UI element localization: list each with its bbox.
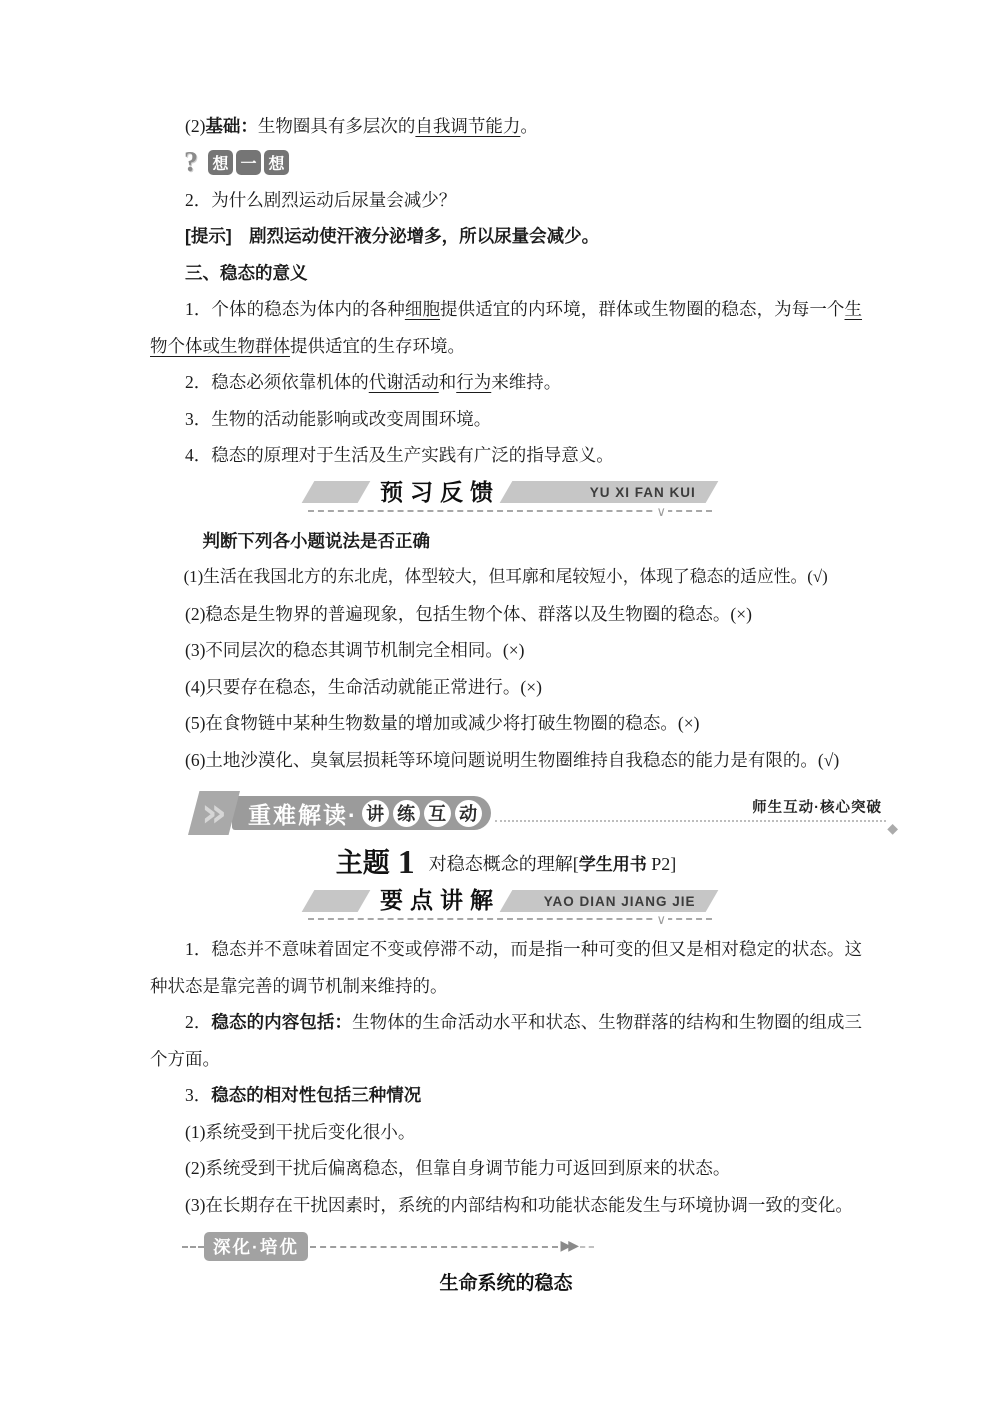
banner-title: 要点讲解: [364, 887, 506, 914]
topic-title: 对稳态概念的理解[: [429, 854, 579, 874]
banner-dashed-line: ∨: [308, 918, 712, 928]
judge-item: (1)生活在我国北方的东北虎，体型较大，但耳廓和尾较短小，体现了稳态的适应性。(…: [150, 559, 862, 596]
basis-underlined: 自我调节能力: [415, 116, 520, 136]
underlined-term: 细胞: [405, 299, 440, 319]
basis-label: 基础：: [205, 116, 258, 136]
banner-circle-char: 练: [393, 800, 420, 827]
think-box-icon: 想: [208, 150, 233, 175]
preview-feedback-banner: 预习反馈 YU XI FAN KUI ∨: [308, 479, 712, 520]
deepen-badge-row: 深化·培优 ▶▶: [182, 1232, 594, 1261]
banner-dashed-line: ∨: [308, 510, 712, 520]
topic-label: 主题: [336, 848, 390, 878]
topic-number: 1: [398, 844, 415, 881]
hint-line: [提示]剧烈运动使汗液分泌增多，所以尿量会减少。: [150, 218, 862, 255]
judge-item: (2)稳态是生物界的普遍现象，包括生物个体、群落以及生物圈的稳态。(×): [150, 596, 862, 633]
text-segment: 3．: [185, 1085, 211, 1105]
banner-title: 预习反馈: [364, 479, 506, 506]
basis-line: (2)基础：生物圈具有多层次的自我调节能力。: [150, 108, 862, 145]
main-banner-title: 重难解读·: [248, 797, 358, 830]
judge-item: (4)只要存在稳态，生命活动就能正常进行。(×): [150, 669, 862, 706]
banner-circle-char: 讲: [362, 800, 389, 827]
banner-lead-shape: [302, 481, 371, 503]
main-banner-slogan: 师生互动·核心突破: [752, 796, 882, 817]
keypoint-item: (1)系统受到干扰后变化很小。: [150, 1114, 862, 1151]
keypoint-paragraph-1: 1．稳态并不意味着固定不变或停滞不动，而是指一种可变的但又是相对稳定的状态。这种…: [150, 931, 862, 1004]
chevron-down-icon: ∨: [654, 505, 668, 518]
question-line: 2．为什么剧烈运动后尿量会减少？: [150, 182, 862, 219]
think-box-icon: 一: [236, 150, 261, 175]
main-banner-bar: 重难解读· 讲 练 互 动: [232, 796, 491, 830]
page-content: (2)基础：生物圈具有多层次的自我调节能力。 ? 想 一 想 2．为什么剧烈运动…: [150, 108, 862, 1301]
keypoint-paragraph-3: 3．稳态的相对性包括三种情况: [150, 1077, 862, 1114]
dotted-line: [495, 820, 886, 822]
banner-row: 要点讲解 YAO DIAN JIANG JIE: [308, 887, 712, 914]
judge-title: 判断下列各小题说法是否正确: [150, 523, 862, 560]
banner-circle-char: 互: [424, 800, 451, 827]
keypoint-bold-label: 稳态的内容包括：: [211, 1012, 352, 1032]
text-segment: 2．稳态必须依靠机体的: [185, 372, 369, 392]
deepen-badge: 深化·培优: [204, 1232, 308, 1261]
keypoints-banner: 要点讲解 YAO DIAN JIANG JIE ∨: [308, 887, 712, 928]
dash-segment: [580, 1246, 594, 1248]
topic-heading: 主题1对稳态概念的理解[学生用书 P2]: [150, 841, 862, 882]
question-mark-icon: ?: [184, 149, 198, 177]
conclusion-title: 生命系统的稳态: [150, 1267, 862, 1301]
meaning-paragraph-1: 1．个体的稳态为体内的各种细胞提供适宜的内环境，群体或生物圈的稳态，为每一个生物…: [150, 291, 862, 364]
banner-row: 预习反馈 YU XI FAN KUI: [308, 479, 712, 506]
diamond-icon: ◆: [887, 821, 898, 838]
meaning-paragraph-4: 4．稳态的原理对于生活及生产实践有广泛的指导意义。: [150, 437, 862, 474]
text-segment: 2．: [185, 1012, 211, 1032]
student-book-ref: 学生用书: [579, 855, 647, 874]
keypoint-bold-label: 稳态的相对性包括三种情况: [211, 1085, 421, 1105]
basis-num: (2): [185, 116, 205, 136]
banner-tail-shape: YU XI FAN KUI: [500, 481, 719, 503]
keypoint-paragraph-2: 2．稳态的内容包括：生物体的生命活动水平和状态、生物群落的结构和生物圈的组成三个…: [150, 1004, 862, 1077]
judge-item: (6)土地沙漠化、臭氧层损耗等环境问题说明生物圈维持自我稳态的能力是有限的。(√…: [150, 742, 862, 779]
chevron-down-icon: ∨: [654, 913, 668, 926]
think-icon-row: ? 想 一 想: [184, 148, 862, 178]
keypoint-item: (2)系统受到干扰后偏离稳态，但靠自身调节能力可返回到原来的状态。: [150, 1150, 862, 1187]
banner-tail-shape: YAO DIAN JIANG JIE: [500, 890, 719, 912]
main-section-banner: » 重难解读· 讲 练 互 动 师生互动·核心突破 ◆: [188, 790, 890, 836]
banner-pinyin: YAO DIAN JIANG JIE: [544, 893, 712, 908]
text-segment: 提供适宜的内环境，群体或生物圈的稳态，为每一个: [440, 299, 844, 319]
banner-lead-shape: [302, 890, 371, 912]
main-banner-right: 师生互动·核心突破 ◆: [495, 796, 890, 830]
dash-segment: [310, 1246, 559, 1248]
basis-period: 。: [520, 116, 538, 136]
underlined-term: 代谢活动: [369, 372, 439, 392]
dash-segment: [182, 1246, 204, 1248]
textbook-page: (2)基础：生物圈具有多层次的自我调节能力。 ? 想 一 想 2．为什么剧烈运动…: [0, 0, 1000, 1414]
text-segment: 提供适宜的生存环境。: [290, 336, 465, 356]
hint-text: 剧烈运动使汗液分泌增多，所以尿量会减少。: [249, 226, 599, 246]
think-box-icon: 想: [264, 150, 289, 175]
section-three-title: 三、稳态的意义: [150, 255, 862, 292]
banner-circle-char: 动: [455, 800, 482, 827]
judge-item: (5)在食物链中某种生物数量的增加或减少将打破生物圈的稳态。(×): [150, 705, 862, 742]
topic-title-end: P2]: [647, 854, 677, 874]
hint-label: [提示]: [185, 226, 232, 246]
judge-item: (3)不同层次的稳态其调节机制完全相同。(×): [150, 632, 862, 669]
meaning-paragraph-3: 3．生物的活动能影响或改变周围环境。: [150, 401, 862, 438]
text-segment: 1．个体的稳态为体内的各种: [185, 299, 405, 319]
basis-text: 生物圈具有多层次的: [258, 116, 416, 136]
text-segment: 和: [439, 372, 457, 392]
banner-pinyin: YU XI FAN KUI: [590, 485, 712, 500]
underlined-term: 行为: [456, 372, 491, 392]
arrow-right-icon: ▶▶: [560, 1240, 576, 1254]
text-segment: 来维持。: [491, 372, 561, 392]
keypoint-item: (3)在长期存在干扰因素时，系统的内部结构和功能状态能发生与环境协调一致的变化。: [150, 1187, 862, 1224]
meaning-paragraph-2: 2．稳态必须依靠机体的代谢活动和行为来维持。: [150, 364, 862, 401]
